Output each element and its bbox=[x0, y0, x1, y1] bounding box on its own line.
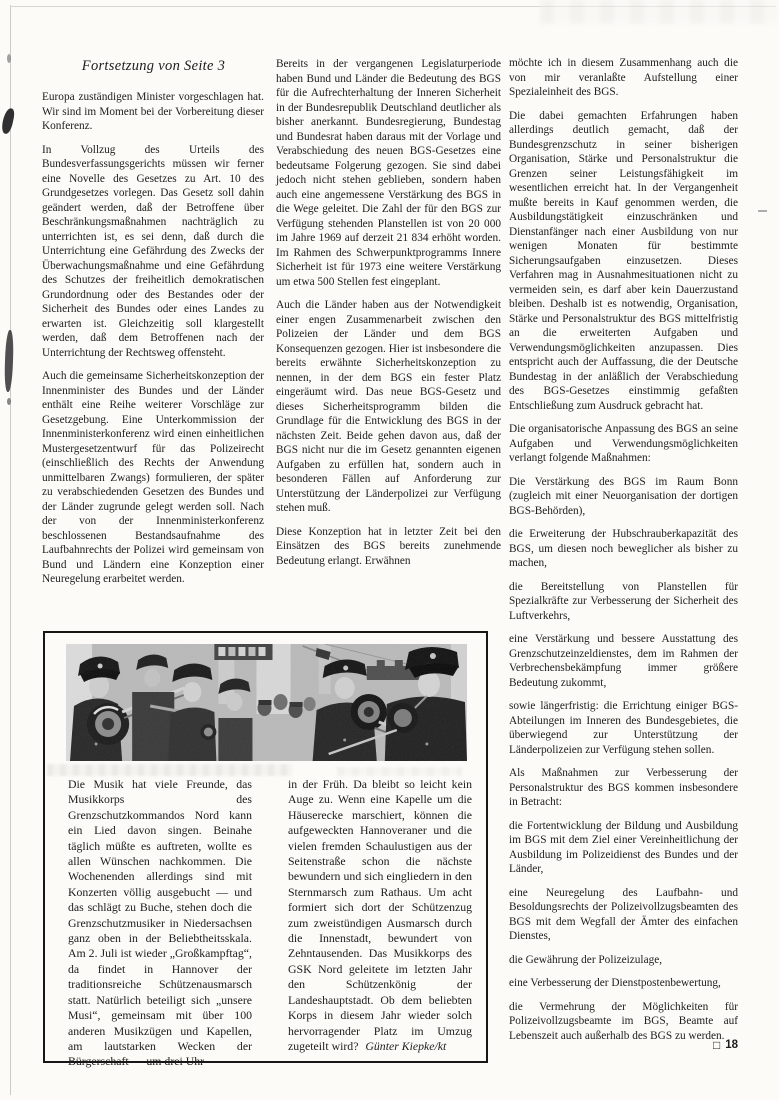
magazine-page: Fortsetzung von Seite 3 Europa zuständig… bbox=[0, 0, 779, 1100]
scan-smudge bbox=[0, 107, 15, 135]
band-photo-illustration bbox=[66, 644, 467, 761]
scan-smudge bbox=[337, 767, 462, 776]
paragraph: die Bereitstellung von Planstellen für S… bbox=[509, 580, 738, 624]
paragraph: sowie längerfristig: die Errichtung eini… bbox=[509, 699, 738, 757]
caption-byline: Günter Kiepke/kt bbox=[365, 1039, 446, 1053]
article-column-3: möchte ich in diesem Zusammenhang auch d… bbox=[509, 56, 738, 1088]
band-photo bbox=[66, 644, 467, 761]
end-of-article-square-icon: □ bbox=[713, 1038, 720, 1052]
photo-caption-right: in der Früh. Da bleibt so leicht kein Au… bbox=[288, 777, 472, 1054]
paragraph: eine Verbesserung der Dienstpostenbewert… bbox=[509, 976, 738, 991]
paragraph: Europa zuständigen Minister vorgeschlage… bbox=[42, 90, 264, 134]
paragraph: Die organisatorische Anpassung des BGS a… bbox=[509, 422, 738, 466]
scan-smudge bbox=[47, 764, 292, 776]
continuation-header: Fortsetzung von Seite 3 bbox=[42, 58, 265, 75]
caption-text: in der Früh. Da bleibt so leicht kein Au… bbox=[288, 777, 472, 1053]
paragraph: Diese Konzeption hat in letzter Zeit bei… bbox=[276, 525, 501, 569]
paragraph: Bereits in der vergangenen Legislaturper… bbox=[276, 57, 501, 289]
scan-edge-line bbox=[10, 5, 11, 1095]
paragraph: Auch die Länder haben aus der Notwendigk… bbox=[276, 298, 501, 516]
scan-smudge bbox=[7, 398, 11, 405]
scan-smudge bbox=[4, 330, 14, 392]
paragraph: Die Verstärkung des BGS im Raum Bonn (zu… bbox=[509, 475, 738, 519]
paragraph: Auch die gemeinsame Sicherheitskonzeptio… bbox=[42, 369, 264, 587]
paragraph: die Vermehrung der Möglichkeiten für Pol… bbox=[509, 1000, 738, 1044]
page-number: 18 bbox=[725, 1039, 738, 1051]
paragraph: eine Verstärkung und bessere Ausstattung… bbox=[509, 632, 738, 690]
paragraph: möchte ich in diesem Zusammenhang auch d… bbox=[509, 56, 738, 100]
paragraph: die Fortentwicklung der Bildung und Ausb… bbox=[509, 819, 738, 877]
paragraph: Die Musik hat viele Freunde, das Musikko… bbox=[68, 777, 252, 1070]
article-column-1: Europa zuständigen Minister vorgeschlage… bbox=[42, 90, 264, 596]
feature-box: Die Musik hat viele Freunde, das Musikko… bbox=[43, 631, 488, 1063]
paragraph: Die dabei gemachten Erfahrungen haben al… bbox=[509, 109, 738, 414]
paragraph: Als Maßnahmen zur Verbesserung der Perso… bbox=[509, 766, 738, 810]
article-column-2: Bereits in der vergangenen Legislaturper… bbox=[276, 57, 501, 577]
photo-caption-left: Die Musik hat viele Freunde, das Musikko… bbox=[68, 777, 252, 1070]
scan-smudge bbox=[758, 210, 767, 212]
paragraph: die Gewährung der Polizeizulage, bbox=[509, 953, 738, 968]
scan-smudge bbox=[7, 54, 11, 63]
paragraph: eine Neuregelung des Laufbahn- und Besol… bbox=[509, 886, 738, 944]
paragraph: in der Früh. Da bleibt so leicht kein Au… bbox=[288, 777, 472, 1054]
paragraph: In Vollzug des Urteils des Bundesverfass… bbox=[42, 143, 264, 361]
paragraph: die Erweiterung der Hubschrauberkapazitä… bbox=[509, 527, 738, 571]
scan-smudge bbox=[540, 0, 779, 24]
